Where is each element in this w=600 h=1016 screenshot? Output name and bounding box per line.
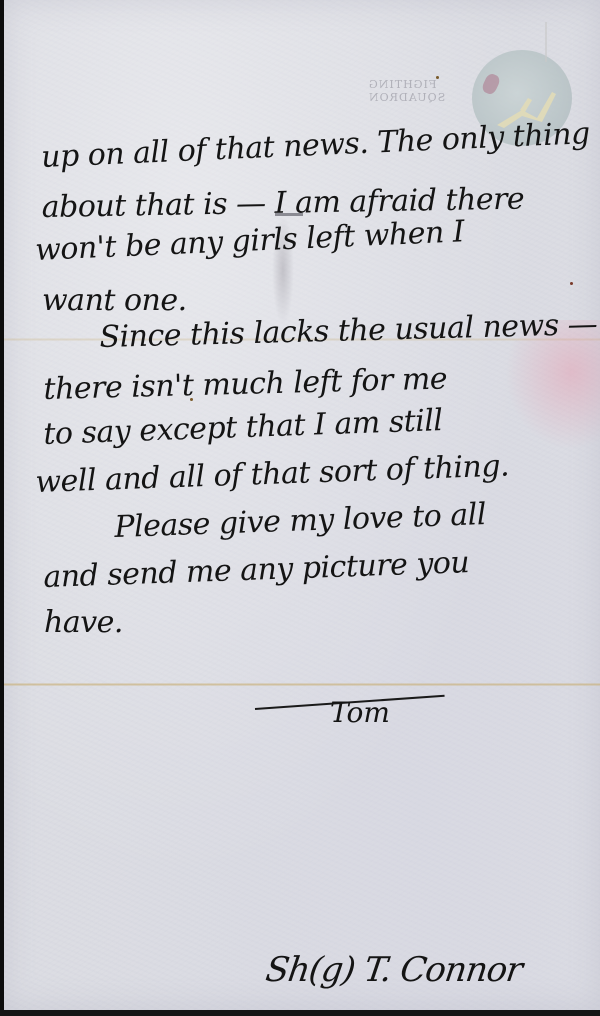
paper-speck <box>570 282 573 285</box>
letter-line: have. <box>44 605 123 640</box>
paper-fold-lower <box>4 683 600 686</box>
emblem-antenna <box>545 22 547 62</box>
signature: Sh(g) T. Connor <box>263 950 524 990</box>
closing-name: Tom <box>330 696 390 729</box>
letter-line: want one. <box>42 283 187 318</box>
letterhead-text: FIGHTING SQUADRON <box>368 78 445 104</box>
scan-bottom-edge <box>0 1010 600 1016</box>
